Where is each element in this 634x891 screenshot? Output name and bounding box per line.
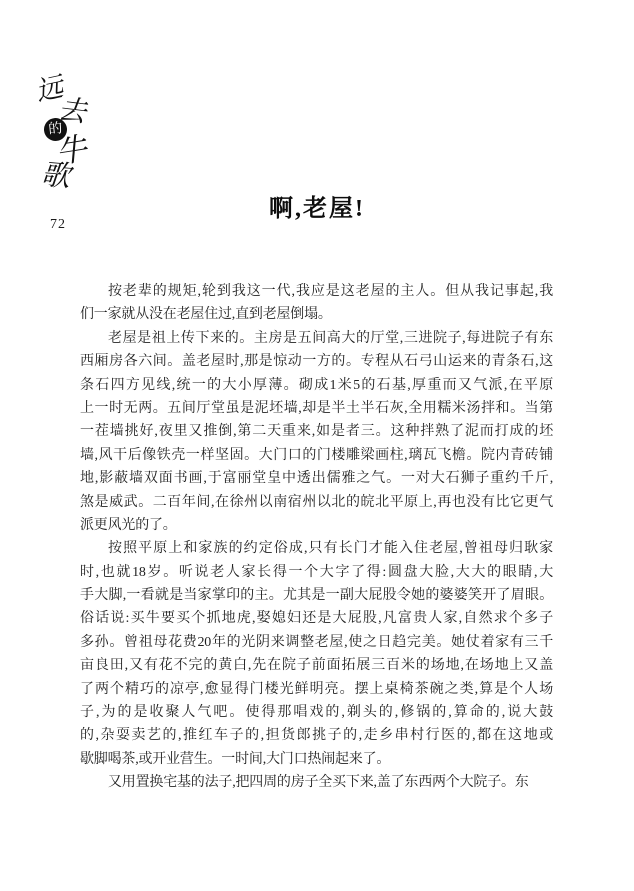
text-line: 子,为的是收聚人气吧。使得那唱戏的,剃头的,修锅的,算命的,说大鼓 <box>80 701 553 724</box>
text-line: 墙,风干后像铁壳一样坚固。大门口的门楼雕梁画柱,璃瓦飞檐。院内青砖铺 <box>80 444 553 467</box>
text-line: 地,影蔽墙双面书画,于富丽堂皇中透出儒雅之气。一对大石狮子重约千斤, <box>80 467 553 490</box>
text-line: 时,也就18岁。听说老人家长得一个大字了得:圆盘大脸,大大的眼睛,大 <box>80 561 553 584</box>
logo-char: 歌 <box>40 160 71 191</box>
text-line: 亩良田,又有花不完的黄白,先在院子前面拓展三百米的场地,在场地上又盖 <box>80 654 553 677</box>
text-line: 了两个精巧的凉亭,愈显得门楼光鲜明亮。摆上桌椅茶碗之类,算是个人场 <box>80 678 553 701</box>
text-line: 俗话说:买牛要买个抓地虎,娶媳妇还是大屁股,凡富贵人家,自然求个多子 <box>80 607 553 630</box>
text-line: 们一家就从没在老屋住过,直到老屋倒塌。 <box>80 303 553 326</box>
text-line: 手大脚,一看就是当家掌印的主。尤其是一副大屁股令她的婆婆笑开了眉眼。 <box>80 584 553 607</box>
text-line: 的,杂耍卖艺的,推红车子的,担货郎挑子的,走乡串村行医的,都在这地或 <box>80 724 553 747</box>
body-text: 按老辈的规矩,轮到我这一代,我应是这老屋的主人。但从我记事起,我们一家就从没在老… <box>80 280 553 795</box>
text-line: 一茬墙挑好,夜里又推倒,第二天重来,如是者三。这种拌熟了泥而打成的坯 <box>80 420 553 443</box>
text-line: 条石四方见线,统一的大小厚薄。砌成1米5的石基,厚重而又气派,在平原 <box>80 374 553 397</box>
text-line: 按老辈的规矩,轮到我这一代,我应是这老屋的主人。但从我记事起,我 <box>80 280 553 303</box>
text-line: 煞是威武。二百年间,在徐州以南宿州以北的皖北平原上,再也没有比它更气 <box>80 491 553 514</box>
book-page: 远 去 的 牛 歌 72 啊,老屋! 按老辈的规矩,轮到我这一代,我应是这老屋的… <box>0 0 634 891</box>
text-line: 按照平原上和家族的约定俗成,只有长门才能入住老屋,曾祖母归耿家 <box>80 537 553 560</box>
text-line: 西厢房各六间。盖老屋时,那是惊动一方的。专程从石弓山运来的青条石,这 <box>80 350 553 373</box>
text-line: 歇脚喝茶,或开业营生。一时间,大门口热闹起来了。 <box>80 748 553 771</box>
text-line: 又用置换宅基的法子,把四周的房子全买下来,盖了东西两个大院子。东 <box>80 771 553 794</box>
text-line: 上一时无两。五间厅堂虽是泥坯墙,却是半土半石灰,全用糯米汤拌和。当第 <box>80 397 553 420</box>
text-line: 老屋是祖上传下来的。主房是五间高大的厅堂,三进院子,每进院子有东 <box>80 327 553 350</box>
text-line: 多孙。曾祖母花费20年的光阴来调整老屋,使之日趋完美。她仗着家有三千 <box>80 631 553 654</box>
article-title: 啊,老屋! <box>0 188 634 223</box>
text-line: 派更风光的了。 <box>80 514 553 537</box>
